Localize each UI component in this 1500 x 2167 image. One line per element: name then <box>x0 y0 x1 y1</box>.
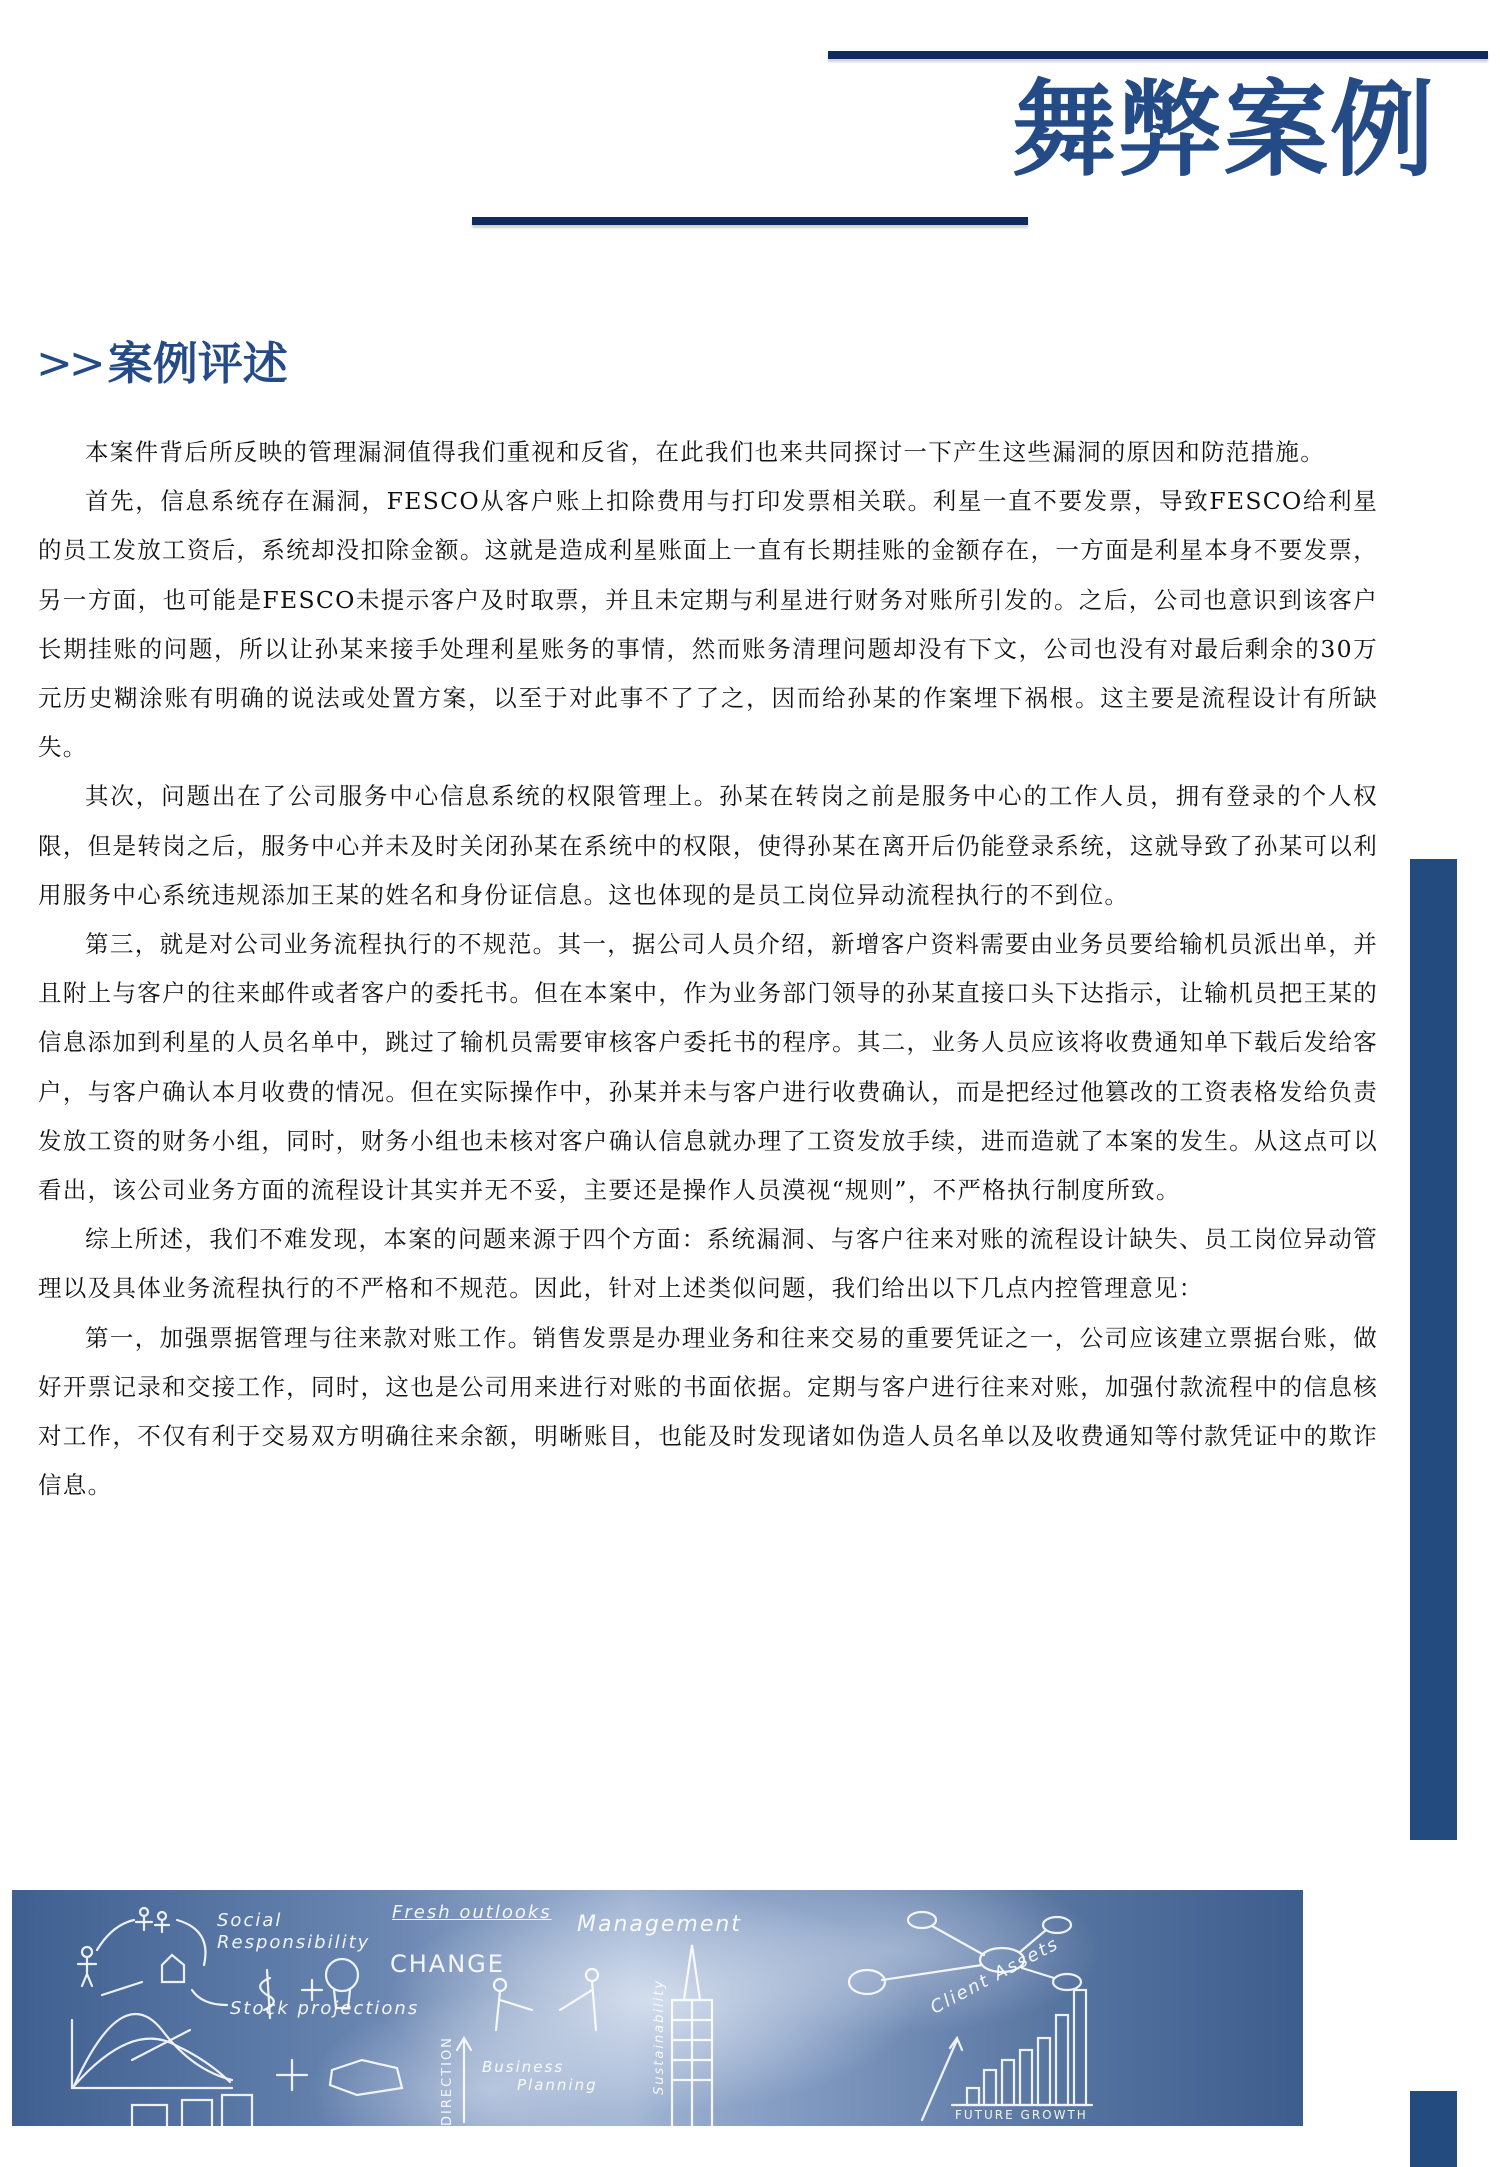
double-chevron-icon: >> <box>36 334 102 394</box>
paragraph-recommendation-1: 第一，加强票据管理与往来款对账工作。销售发票是办理业务和往来交易的重要凭证之一，… <box>38 1314 1378 1511</box>
banner-label-future-growth: FUTURE GROWTH <box>955 2108 1088 2122</box>
page-title: 舞弊案例 <box>1012 70 1436 190</box>
banner-label-stock-projections: Stock projections <box>230 1998 419 2019</box>
banner-label-planning: Planning <box>517 2076 598 2094</box>
business-sketch-banner: Social Responsibility Fresh outlooks CHA… <box>12 1890 1303 2126</box>
banner-label-change: CHANGE <box>390 1950 505 1978</box>
paragraph-summary: 综上所述，我们不难发现，本案的问题来源于四个方面：系统漏洞、与客户往来对账的流程… <box>38 1215 1378 1313</box>
paragraph-first-cause: 首先，信息系统存在漏洞，FESCO从客户账上扣除费用与打印发票相关联。利星一直不… <box>38 477 1378 772</box>
banner-label-fresh-outlooks: Fresh outlooks <box>392 1902 552 1923</box>
section-heading-text: 案例评述 <box>108 334 288 394</box>
banner-label-business: Business <box>482 2058 564 2076</box>
article-body: 本案件背后所反映的管理漏洞值得我们重视和反省，在此我们也来共同探讨一下产生这些漏… <box>38 428 1378 1510</box>
decorative-side-bar <box>1410 859 1457 1840</box>
paragraph-intro: 本案件背后所反映的管理漏洞值得我们重视和反省，在此我们也来共同探讨一下产生这些漏… <box>38 428 1378 477</box>
header-bottom-rule <box>472 217 1028 225</box>
paragraph-second-cause: 其次，问题出在了公司服务中心信息系统的权限管理上。孙某在转岗之前是服务中心的工作… <box>38 772 1378 920</box>
banner-label-sustainability: Sustainability <box>652 1979 667 2095</box>
paragraph-third-cause: 第三，就是对公司业务流程执行的不规范。其一，据公司人员介绍，新增客户资料需要由业… <box>38 920 1378 1215</box>
banner-label-direction: DIRECTION <box>440 2036 455 2126</box>
banner-label-management: Management <box>577 1912 742 1937</box>
section-heading: >> 案例评述 <box>36 334 288 394</box>
banner-label-social: Social <box>217 1910 282 1931</box>
header-top-rule <box>828 51 1488 59</box>
decorative-side-bar-bottom <box>1410 2091 1457 2167</box>
banner-label-responsibility: Responsibility <box>217 1932 370 1953</box>
